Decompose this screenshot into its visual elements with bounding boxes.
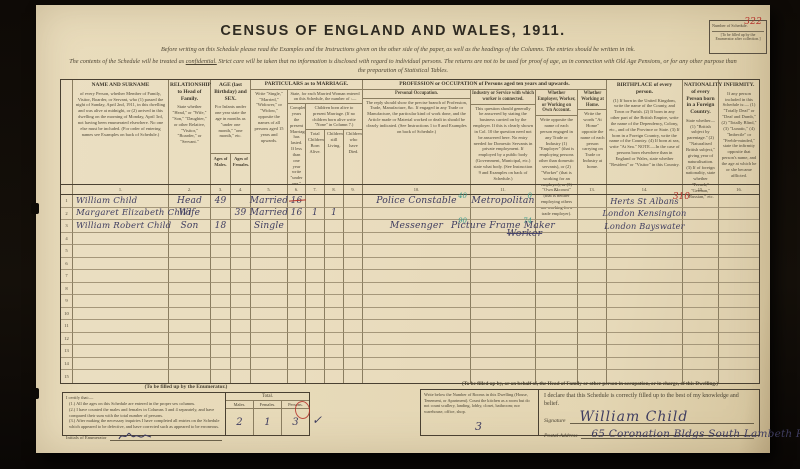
cell-died xyxy=(344,258,363,271)
cell-yrs xyxy=(288,233,306,246)
cell-nat xyxy=(683,308,719,321)
col-header-children-died: Children who have Died. xyxy=(344,130,363,184)
cell-ageF xyxy=(231,295,251,308)
cell-born xyxy=(306,220,325,233)
cell-birth xyxy=(607,295,683,308)
cell-born xyxy=(306,195,325,208)
cell-home xyxy=(578,345,607,358)
cell-occ xyxy=(363,333,471,346)
cell-name xyxy=(73,370,169,383)
preamble-line2: The contents of the Schedule will be tre… xyxy=(66,58,740,76)
cell-ageM xyxy=(211,308,231,321)
cell-ageM xyxy=(211,283,231,296)
cell-yrs xyxy=(288,333,306,346)
cell-birth xyxy=(607,258,683,271)
cell-rel xyxy=(169,333,211,346)
cell-ageF xyxy=(231,258,251,271)
cell-died xyxy=(344,308,363,321)
column-number: 7. xyxy=(306,185,325,194)
totals-females-value: 1 xyxy=(264,417,271,428)
col-header-industry: Industry or Service with which worker is… xyxy=(471,90,536,184)
handwritten-entry: Police Constable xyxy=(376,195,457,206)
cell-birth xyxy=(607,233,683,246)
cell-birth xyxy=(607,345,683,358)
cell-nat xyxy=(683,333,719,346)
declaration-heading: (To be filled up by, or on behalf of, th… xyxy=(420,381,760,387)
table-row: 6 xyxy=(61,258,759,271)
cell-living xyxy=(325,370,344,383)
schedule-number-box: Number of Schedule. 322 [To be filled up… xyxy=(709,20,767,54)
cell-living xyxy=(325,283,344,296)
cell-name xyxy=(73,308,169,321)
col-header-personal-occupation: Personal Occupation. The reply should sh… xyxy=(363,90,471,184)
cell-home xyxy=(578,333,607,346)
cell-emp xyxy=(536,345,578,358)
column-number: 9. xyxy=(344,185,363,194)
col-header-relationship: RELATIONSHIP to Head of Family. State wh… xyxy=(169,80,211,184)
row-number: 15 xyxy=(61,370,73,383)
column-number: 14. xyxy=(607,185,683,194)
cell-ind xyxy=(471,308,536,321)
cell-birth xyxy=(607,245,683,258)
totals-males-value: 2 xyxy=(236,417,243,428)
enumerator-initials-signature xyxy=(118,430,152,442)
cell-ageM xyxy=(211,245,231,258)
cell-living xyxy=(325,320,344,333)
cell-ageF: 39 xyxy=(231,208,251,221)
col-desc-working-at-home: Write the words "At Home" opposite the n… xyxy=(578,110,607,170)
col-desc-personal-occupation: The reply should show the precise branch… xyxy=(363,99,470,136)
cell-marr xyxy=(251,358,288,371)
cell-rel: Son xyxy=(169,220,211,233)
form-title: CENSUS OF ENGLAND AND WALES, 1911. xyxy=(156,23,630,39)
col-header-nationality: NATIONALITY of every Person born in a Fo… xyxy=(683,80,719,184)
cell-died xyxy=(344,195,363,208)
table-row: 2Margaret Elizabeth ChildWife39Married16… xyxy=(61,208,759,221)
cell-ind xyxy=(471,333,536,346)
cell-marr: Married xyxy=(251,208,288,221)
census-table: NAME AND SURNAME of every Person, whethe… xyxy=(60,79,760,384)
cell-birth xyxy=(607,308,683,321)
cell-emp xyxy=(536,208,578,221)
cell-born xyxy=(306,358,325,371)
cell-died xyxy=(344,233,363,246)
cell-ageF xyxy=(231,320,251,333)
cell-inf xyxy=(719,208,759,221)
handwritten-entry: Head xyxy=(177,196,202,206)
age-subcolumns: Ages of Males. Ages of Females. xyxy=(211,153,250,184)
column-number: 10. xyxy=(363,185,471,194)
column-number: 3. xyxy=(211,185,231,194)
cell-ageF xyxy=(231,308,251,321)
cell-occ xyxy=(363,233,471,246)
table-row: 9 xyxy=(61,295,759,308)
cell-inf xyxy=(719,220,759,233)
cell-home xyxy=(578,308,607,321)
column-number-strip: 1.2.3.4.5.6.7.8.9.10.11.12.13.14.15.16. xyxy=(61,185,759,195)
clerk-code-mark-red: 310 xyxy=(673,192,690,202)
cell-inf xyxy=(719,358,759,371)
column-number: 5. xyxy=(251,185,288,194)
cell-home xyxy=(578,258,607,271)
cell-marr xyxy=(251,308,288,321)
cell-birth: London Kensington xyxy=(607,208,683,221)
cell-ageM xyxy=(211,270,231,283)
cell-rel xyxy=(169,308,211,321)
cell-birth xyxy=(607,270,683,283)
enumerator-heading: (To be filled up by the Enumerator.) xyxy=(62,384,310,390)
cell-marr xyxy=(251,333,288,346)
cell-living xyxy=(325,233,344,246)
handwritten-entry: 39 xyxy=(235,208,247,218)
cell-rel xyxy=(169,345,211,358)
col-desc-marriage-years: Completed years the present Marriage has… xyxy=(288,104,305,184)
row-number: 13 xyxy=(61,345,73,358)
cell-born xyxy=(306,308,325,321)
cell-died xyxy=(344,358,363,371)
clerk-code-mark: 0 xyxy=(528,192,532,200)
cell-rel: Wife xyxy=(169,208,211,221)
rooms-value: 3 xyxy=(475,420,482,433)
cell-occ xyxy=(363,358,471,371)
cell-occ xyxy=(363,308,471,321)
cell-ind xyxy=(471,283,536,296)
cell-ageF xyxy=(231,283,251,296)
col-subheader-ages-females: Ages of Females. xyxy=(231,154,251,184)
row-number: 3 xyxy=(61,220,73,233)
cell-yrs xyxy=(288,308,306,321)
cell-ind xyxy=(471,270,536,283)
cell-rel xyxy=(169,358,211,371)
table-row: 13 xyxy=(61,345,759,358)
cell-living xyxy=(325,345,344,358)
table-row: 12 xyxy=(61,333,759,346)
cell-home xyxy=(578,195,607,208)
cell-ageF xyxy=(231,333,251,346)
declaration-text: I declare that this Schedule is correctl… xyxy=(544,393,754,409)
cell-ageM xyxy=(211,258,231,271)
col-title-working-at-home: Whether Working at Home. xyxy=(578,90,607,111)
row-number: 7 xyxy=(61,270,73,283)
totals-title: Total. xyxy=(226,393,309,401)
cell-inf xyxy=(719,283,759,296)
column-number: 6. xyxy=(288,185,306,194)
scan-background: Number of Schedule. 322 [To be filled up… xyxy=(0,0,800,469)
cell-died xyxy=(344,295,363,308)
cell-occ xyxy=(363,345,471,358)
cell-occ xyxy=(363,295,471,308)
col-header-infirmity: INFIRMITY. If any person included in thi… xyxy=(719,80,759,184)
row-number: 1 xyxy=(61,195,73,208)
cell-home xyxy=(578,220,607,233)
col-desc-name: of every Person, whether Member of Famil… xyxy=(73,90,168,139)
table-row: 4 xyxy=(61,233,759,246)
col-header-marriage-group: PARTICULARS as to MARRIAGE. Write "Singl… xyxy=(251,80,363,184)
row-number: 12 xyxy=(61,333,73,346)
cell-rel xyxy=(169,370,211,383)
handwritten-entry: 16 xyxy=(291,208,303,218)
cell-nat xyxy=(683,295,719,308)
cell-ind xyxy=(471,320,536,333)
cell-marr xyxy=(251,295,288,308)
certify-intro: I certify that:— xyxy=(66,395,222,401)
cell-emp xyxy=(536,233,578,246)
col-header-children-living: Children still Living. xyxy=(325,130,344,184)
cell-marr xyxy=(251,245,288,258)
cell-inf xyxy=(719,245,759,258)
cell-occ xyxy=(363,258,471,271)
cell-ind xyxy=(471,358,536,371)
handwritten-entry: 49 xyxy=(215,196,227,206)
column-number: 16. xyxy=(719,185,759,194)
cell-inf xyxy=(719,295,759,308)
cell-marr xyxy=(251,283,288,296)
col-desc-marital-status: Write "Single," "Married," "Widower," or… xyxy=(251,90,287,145)
row-number: 14 xyxy=(61,358,73,371)
handwritten-entry: Son xyxy=(181,221,199,231)
cell-nat xyxy=(683,208,719,221)
col-title-nationality: NATIONALITY of every Person born in a Fo… xyxy=(683,80,718,117)
col-header-marital-status: Write "Single," "Married," "Widower," or… xyxy=(251,90,288,184)
cell-yrs xyxy=(288,370,306,383)
cell-died xyxy=(344,333,363,346)
cell-nat xyxy=(683,345,719,358)
census-form-page: Number of Schedule. 322 [To be filled up… xyxy=(36,5,770,453)
cell-birth xyxy=(607,283,683,296)
cell-rel: Head xyxy=(169,195,211,208)
cell-rel xyxy=(169,245,211,258)
cell-occ xyxy=(363,283,471,296)
cell-ind xyxy=(471,295,536,308)
table-row: 14 xyxy=(61,358,759,371)
table-header: NAME AND SURNAME of every Person, whethe… xyxy=(61,80,759,185)
cell-marr xyxy=(251,270,288,283)
cell-name xyxy=(73,333,169,346)
cell-yrs xyxy=(288,245,306,258)
cell-rel xyxy=(169,320,211,333)
table-row: 10 xyxy=(61,308,759,321)
enumerator-box: I certify that:— (1.) All the ages on th… xyxy=(62,392,310,436)
col-header-profession-group: PROFESSION or OCCUPATION of Persons aged… xyxy=(363,80,607,184)
cell-rel xyxy=(169,270,211,283)
initials-label: Initials of Enumerator xyxy=(66,435,107,441)
cell-ageF xyxy=(231,195,251,208)
cell-home xyxy=(578,283,607,296)
declaration-box: Write below the Number of Rooms in this … xyxy=(420,389,760,436)
cell-ind: Metropolitan0 xyxy=(471,195,536,208)
cell-died xyxy=(344,320,363,333)
cell-yrs: 16 xyxy=(288,208,306,221)
cell-ageF xyxy=(231,220,251,233)
handwritten-entry: Married xyxy=(250,208,289,218)
handwritten-entry: Married xyxy=(250,196,289,206)
cell-yrs: 16 xyxy=(288,195,306,208)
col-desc-birthplace: (1) If born in the United Kingdom, write… xyxy=(607,97,682,169)
cell-emp xyxy=(536,258,578,271)
column-number: 4. xyxy=(231,185,251,194)
cell-living xyxy=(325,295,344,308)
cell-inf xyxy=(719,320,759,333)
cell-emp xyxy=(536,320,578,333)
cell-nat xyxy=(683,358,719,371)
cell-ageF xyxy=(231,345,251,358)
cell-occ xyxy=(363,208,471,221)
row-number-gutter-header xyxy=(61,80,73,184)
cell-ageM xyxy=(211,333,231,346)
cell-born xyxy=(306,370,325,383)
cell-name xyxy=(73,270,169,283)
cell-inf xyxy=(719,195,759,208)
cell-home xyxy=(578,358,607,371)
cell-occ: Police Constable40 xyxy=(363,195,471,208)
col-desc-children-living: Children still Living. xyxy=(325,130,343,150)
cell-nat xyxy=(683,233,719,246)
cell-living xyxy=(325,258,344,271)
handwritten-entry: Herts St Albans xyxy=(610,196,679,206)
binding-mark xyxy=(31,203,39,214)
column-number: 2. xyxy=(169,185,211,194)
cell-died xyxy=(344,220,363,233)
col-desc-relationship: State whether "Head," or "Wife," "Son," … xyxy=(169,103,210,146)
cell-inf xyxy=(719,233,759,246)
handwritten-entry: 1 xyxy=(312,208,318,218)
cell-born xyxy=(306,345,325,358)
handwritten-subentry: Worker xyxy=(507,228,542,239)
cell-home xyxy=(578,320,607,333)
preamble-line1: Before writing on this Schedule please r… xyxy=(106,46,690,53)
rooms-instructions: Write below the Number of Rooms in this … xyxy=(424,392,535,415)
cell-born: 1 xyxy=(306,208,325,221)
row-number: 4 xyxy=(61,233,73,246)
handwritten-entry: London Bayswater xyxy=(604,221,685,231)
cell-yrs xyxy=(288,283,306,296)
table-row: 1William ChildHead49Married16Police Cons… xyxy=(61,195,759,208)
signature-label: Signature xyxy=(544,418,566,424)
signature-value: William Child xyxy=(580,409,689,425)
row-number: 11 xyxy=(61,320,73,333)
cell-marr xyxy=(251,233,288,246)
cell-emp xyxy=(536,220,578,233)
col-title-name: NAME AND SURNAME xyxy=(73,80,168,90)
group-title-marriage: PARTICULARS as to MARRIAGE. xyxy=(251,80,362,90)
cell-ind xyxy=(471,345,536,358)
cell-nat xyxy=(683,270,719,283)
cell-name xyxy=(73,345,169,358)
table-row: 11 xyxy=(61,320,759,333)
cell-rel xyxy=(169,258,211,271)
row-number: 8 xyxy=(61,283,73,296)
cell-living xyxy=(325,333,344,346)
cell-nat xyxy=(683,220,719,233)
cell-home xyxy=(578,233,607,246)
cell-emp xyxy=(536,308,578,321)
totals-header-males: Males. xyxy=(226,401,254,408)
table-body: 1William ChildHead49Married16Police Cons… xyxy=(61,195,759,383)
cell-birth: Herts St Albans310 xyxy=(607,195,683,208)
cell-died xyxy=(344,270,363,283)
column-number: 13. xyxy=(578,185,607,194)
cell-home xyxy=(578,295,607,308)
cell-name xyxy=(73,258,169,271)
cell-marr xyxy=(251,345,288,358)
cell-inf xyxy=(719,345,759,358)
cell-ageM xyxy=(211,370,231,383)
col-desc-children-born: Total Children Born Alive. xyxy=(306,130,324,155)
cell-died xyxy=(344,245,363,258)
cell-ageM: 18 xyxy=(211,220,231,233)
col-header-age-sex: AGE (last Birthday) and SEX. For Infants… xyxy=(211,80,251,184)
clerk-code-mark: 40 xyxy=(458,192,467,200)
row-number: 9 xyxy=(61,295,73,308)
totals-header-females: Females. xyxy=(254,401,282,408)
col-title-employer-worker: Whether Employer, Worker, or Working on … xyxy=(536,90,577,117)
cell-born xyxy=(306,245,325,258)
col-title-industry: Industry or Service with which worker is… xyxy=(471,90,535,105)
col-desc-age: For Infants under one year state the age… xyxy=(211,103,250,140)
cell-occ xyxy=(363,270,471,283)
row-number: 10 xyxy=(61,308,73,321)
binding-mark xyxy=(31,388,39,399)
cell-marr: Married xyxy=(251,195,288,208)
cell-occ xyxy=(363,320,471,333)
preamble-confidential: confidential. xyxy=(186,58,217,65)
cell-birth xyxy=(607,320,683,333)
handwritten-entry: Single xyxy=(254,221,284,231)
cell-name: Margaret Elizabeth Child xyxy=(73,208,169,221)
cell-name xyxy=(73,295,169,308)
cell-yrs xyxy=(288,345,306,358)
cell-emp xyxy=(536,333,578,346)
cell-name: William Child xyxy=(73,195,169,208)
cell-yrs xyxy=(288,358,306,371)
col-title-relationship: RELATIONSHIP to Head of Family. xyxy=(169,80,210,103)
clerk-code-mark: 74 xyxy=(523,217,532,225)
col-header-employer-worker: Whether Employer, Worker, or Working on … xyxy=(536,90,578,184)
cell-ind xyxy=(471,258,536,271)
postal-address-value: 65 Coronation Bldgs South Lambeth Rd xyxy=(591,428,800,440)
col-header-working-at-home: Whether Working at Home. Write the words… xyxy=(578,90,607,184)
cell-birth: London Bayswater xyxy=(607,220,683,233)
handwritten-entry: 16 xyxy=(291,196,303,206)
cell-born xyxy=(306,233,325,246)
cell-ageF xyxy=(231,233,251,246)
cell-born xyxy=(306,270,325,283)
col-subheader-ages-males: Ages of Males. xyxy=(211,154,231,184)
cell-name: William Robert Child xyxy=(73,220,169,233)
cell-ageM xyxy=(211,358,231,371)
preamble-line2-post: Strict care will be taken that no inform… xyxy=(217,58,737,74)
cell-emp xyxy=(536,358,578,371)
cell-rel xyxy=(169,283,211,296)
handwritten-entry: Wife xyxy=(179,208,200,218)
cell-ageM: 49 xyxy=(211,195,231,208)
postal-address-label: Postal Address xyxy=(544,433,577,439)
col-title-infirmity: INFIRMITY. xyxy=(719,80,759,90)
cell-yrs xyxy=(288,270,306,283)
cell-living xyxy=(325,308,344,321)
col-desc-infirmity: If any person included in this Schedule … xyxy=(719,90,759,180)
cell-ageM xyxy=(211,345,231,358)
handwritten-entry: 1 xyxy=(331,208,337,218)
column-number-gutter xyxy=(61,185,73,194)
col-desc-industry: This question should generally be answer… xyxy=(471,105,535,183)
column-number: 1. xyxy=(73,185,169,194)
cell-name xyxy=(73,283,169,296)
cell-emp xyxy=(536,295,578,308)
cell-emp xyxy=(536,283,578,296)
head-of-family-section: (To be filled up by, or on behalf of, th… xyxy=(420,381,760,436)
cell-yrs xyxy=(288,295,306,308)
